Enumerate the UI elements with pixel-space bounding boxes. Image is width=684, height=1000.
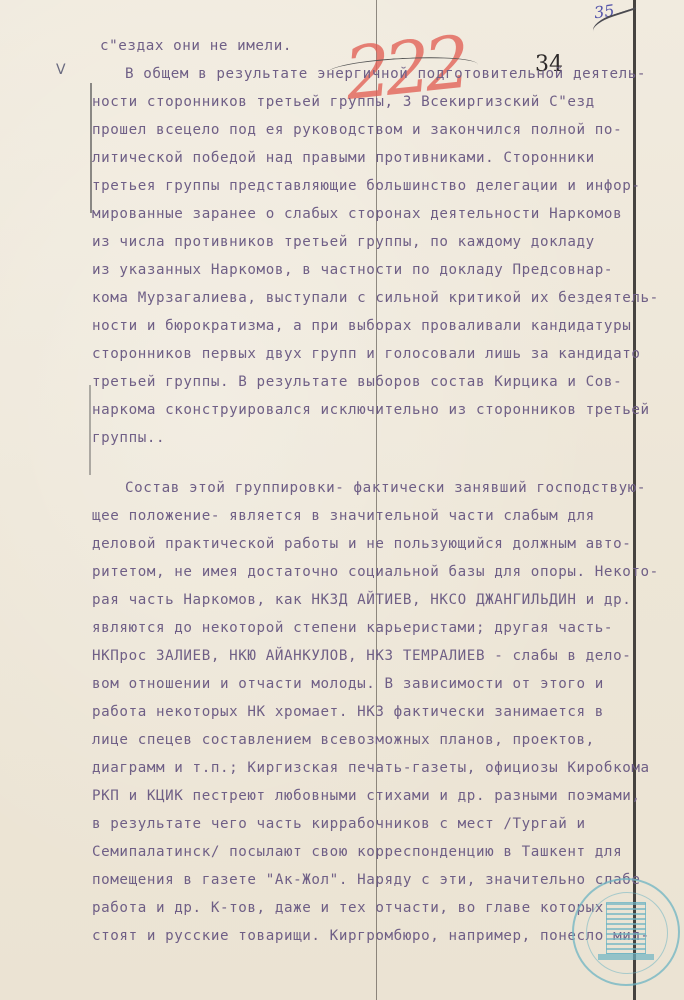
text-line: НКПрос ЗАЛИЕВ, НКЮ АЙАНКУЛОВ, НКЗ ТЕМРАЛ…	[92, 648, 631, 664]
text-line: из числа противников третьей группы, по …	[92, 234, 595, 250]
text-line: диаграмм и т.п.; Киргизская печать-газет…	[92, 760, 650, 776]
text-line: работа некоторых НК хромает. НКЗ фактиче…	[92, 704, 604, 720]
text-line: мированные заранее о слабых сторонах дея…	[92, 206, 622, 222]
text-line: прошел всецело под ея руководством и зак…	[92, 122, 622, 138]
text-line: Состав этой группировки- фактически заня…	[125, 480, 646, 496]
building-icon	[606, 902, 646, 954]
text-line: Семипалатинск/ посылают свою корреспонде…	[92, 844, 622, 860]
text-line: в результате чего часть киррабочников с …	[92, 816, 586, 832]
text-line: третьея группы представляющие большинств…	[92, 178, 641, 194]
building-base	[598, 954, 654, 960]
text-line: кома Мурзагалиева, выступали с сильной к…	[92, 290, 659, 306]
text-line: наркома сконструировался исключительно и…	[92, 402, 650, 418]
text-line: литической победой над правыми противник…	[92, 150, 595, 166]
text-line: помещения в газете "Ак-Жол". Наряду с эт…	[92, 872, 641, 888]
text-line: сторонников первых двух групп и голосова…	[92, 346, 641, 362]
text-line: ности сторонников третьей группы, З Всек…	[92, 94, 595, 110]
text-line: РКП и КЦИК пестреют любовными стихами и …	[92, 788, 641, 804]
archive-stamp	[572, 878, 680, 986]
text-line: с"ездах они не имели.	[100, 38, 292, 54]
text-line: из указанных Наркомов, в частности по до…	[92, 262, 613, 278]
text-line: ности и бюрократизма, а при выборах пров…	[92, 318, 631, 334]
margin-rule	[633, 0, 636, 1000]
text-line: рая часть Наркомов, как НКЗД АЙТИЕВ, НКС…	[92, 592, 631, 608]
text-line: третьей группы. В результате выборов сос…	[92, 374, 622, 390]
margin-bracket	[89, 385, 91, 475]
text-line: щее положение- является в значительной ч…	[92, 508, 595, 524]
check-mark-icon: V	[56, 62, 66, 78]
text-line: В общем в результате энергичной подготов…	[125, 66, 646, 82]
text-line: вом отношении и отчасти молоды. В зависи…	[92, 676, 604, 692]
text-line: деловой практической работы и не пользую…	[92, 536, 631, 552]
text-line: лице спецев составлением всевозможных пл…	[92, 732, 595, 748]
text-line: ритетом, не имея достаточно социальной б…	[92, 564, 659, 580]
text-line: стоят и русские товарищи. Киргромбюро, н…	[92, 928, 650, 944]
text-line: работа и др. К-тов, даже и тех отчасти, …	[92, 900, 604, 916]
text-line: являются до некоторой степени карьериста…	[92, 620, 613, 636]
document-page: 35 222 34 V с"ездах они не имели.В общем…	[0, 0, 684, 1000]
text-line: группы..	[92, 430, 165, 446]
